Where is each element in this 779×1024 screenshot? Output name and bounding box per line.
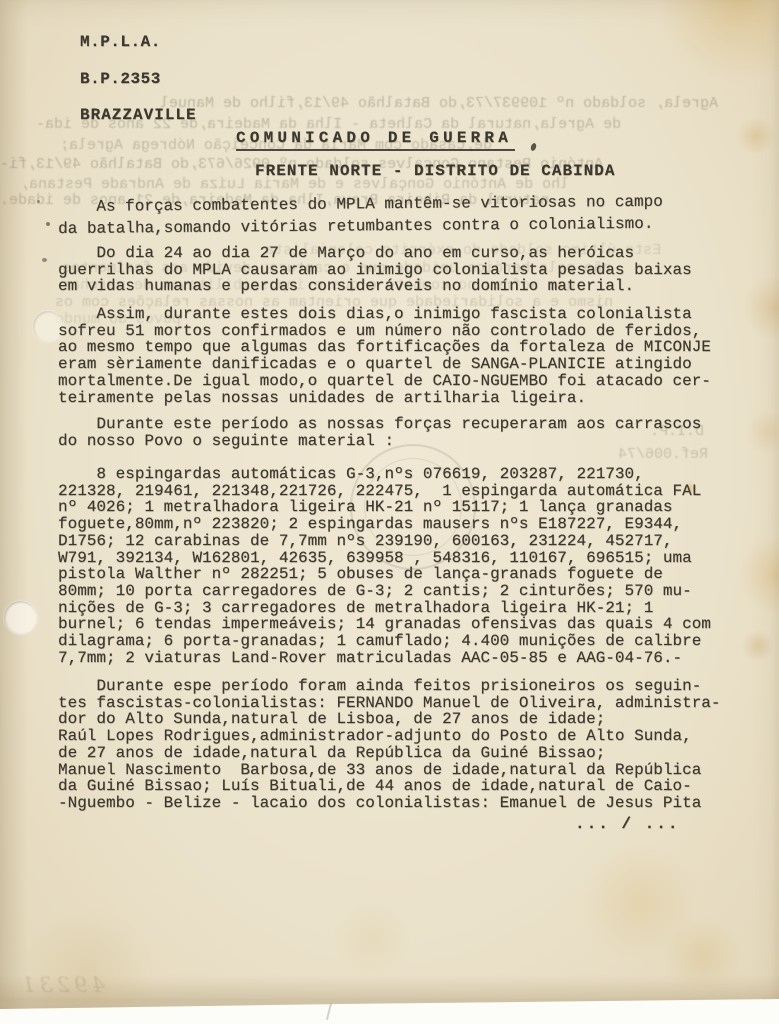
- document-subtitle: FRENTE NORTE - DISTRITO DE CABINDA: [255, 162, 615, 180]
- ink-speck: [37, 200, 40, 203]
- paragraph-casualties: Assim, durante estes dois dias,o inimigo…: [58, 306, 742, 406]
- org-name: M.P.L.A.: [80, 34, 161, 50]
- paragraph-prisoners: Durante espe período foram ainda feitos …: [58, 678, 742, 812]
- ink-speck: [530, 142, 537, 151]
- paper-edge-crease: [326, 1003, 332, 1020]
- city-line: BRAZZAVILLE: [80, 107, 197, 123]
- paragraph-intro: As forças combatentes do MPLA mantêm-se …: [58, 190, 742, 240]
- document-title: COMUNICADO DE GUERRA: [236, 129, 515, 151]
- paragraph-material-intro: Durante este período as nossas forças re…: [58, 416, 742, 449]
- paragraph-material-list: 8 espingardas automáticas G-3,nºs 076619…: [58, 466, 742, 666]
- bleed-through-handwritten-number: 49231: [18, 978, 105, 993]
- bleed-through-line: Agrela, soldado nº 109937/73,do Batalhão…: [160, 96, 718, 111]
- scanned-document: Agrela, soldado nº 109937/73,do Batalhão…: [0, 0, 779, 1024]
- paragraph-dates: Do dia 24 ao dia 27 de Março do ano em c…: [58, 245, 742, 295]
- po-box: B.P.2353: [80, 71, 161, 87]
- ink-speck: [42, 258, 47, 262]
- hole-punch-bottom: [4, 601, 37, 634]
- continuation-mark: ... / ...: [575, 816, 679, 832]
- ink-speck: [46, 222, 50, 226]
- paper-sheet: Agrela, soldado nº 109937/73,do Batalhão…: [0, 0, 779, 1010]
